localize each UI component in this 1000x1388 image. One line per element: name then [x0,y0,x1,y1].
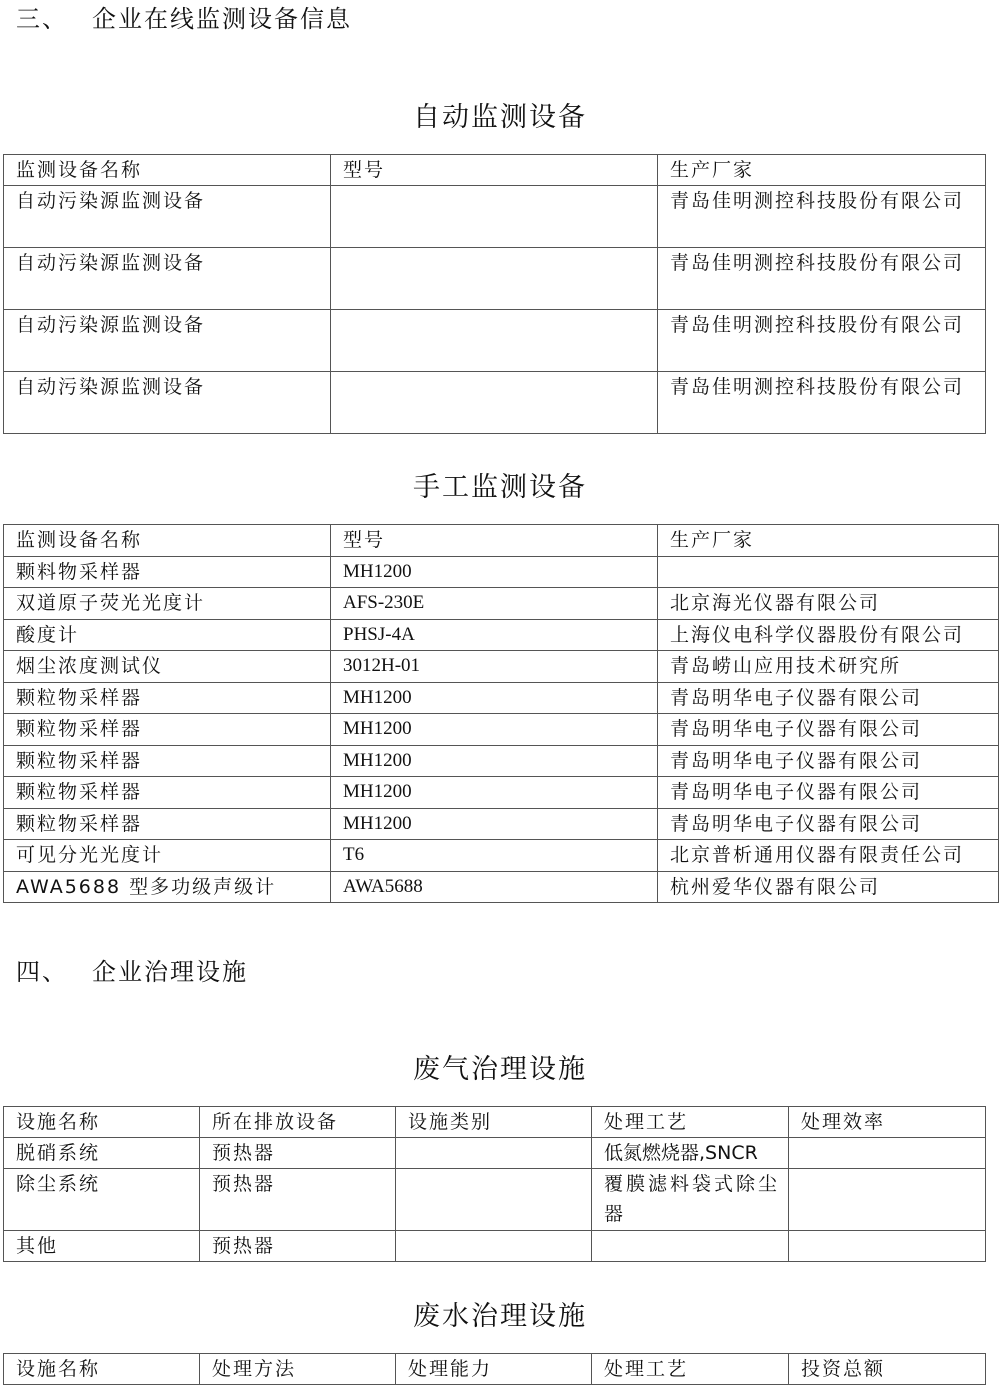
table-row: 颗粒物采样器 MH1200 青岛明华电子仪器有限公司 [4,682,999,714]
header-cell: 设施名称 [4,1107,200,1138]
manual-monitoring-table: 监测设备名称 型号 生产厂家 颗料物采样器 MH1200 双道原子荧光光度计 A… [3,524,999,903]
table-row: 酸度计 PHSJ-4A 上海仪电科学仪器股份有限公司 [4,619,999,651]
efficiency-cell [789,1169,986,1231]
header-cell: 型号 [331,155,658,186]
header-cell: 处理能力 [396,1354,592,1385]
table-row: 自动污染源监测设备 青岛佳明测控科技股份有限公司 [4,310,986,372]
device-name-cell: 颗料物采样器 [4,556,331,588]
manufacturer-cell: 青岛明华电子仪器有限公司 [658,777,999,809]
section-4-number: 四、 [16,957,92,987]
device-name-cell: 酸度计 [4,619,331,651]
table-row: 脱硝系统 预热器 低氮燃烧器,SNCR [4,1138,986,1169]
header-cell: 所在排放设备 [200,1107,396,1138]
section-4-heading: 四、企业治理设施 [16,957,248,987]
device-name-cell: 颗粒物采样器 [4,714,331,746]
manufacturer-cell: 北京普析通用仪器有限责任公司 [658,840,999,872]
table-row: 自动污染源监测设备 青岛佳明测控科技股份有限公司 [4,248,986,310]
header-cell: 处理工艺 [592,1107,789,1138]
model-cell: MH1200 [331,682,658,714]
model-cell: AFS-230E [331,588,658,620]
section-4-title: 企业治理设施 [92,958,248,986]
table-header-row: 监测设备名称 型号 生产厂家 [4,155,986,186]
manufacturer-cell: 青岛崂山应用技术研究所 [658,651,999,683]
model-cell: 3012H-01 [331,651,658,683]
model-cell: PHSJ-4A [331,619,658,651]
model-cell [331,186,658,248]
process-cell [592,1231,789,1262]
table-row: 烟尘浓度测试仪 3012H-01 青岛崂山应用技术研究所 [4,651,999,683]
model-cell [331,372,658,434]
table-row: 自动污染源监测设备 青岛佳明测控科技股份有限公司 [4,186,986,248]
header-cell: 型号 [331,525,658,557]
model-cell: AWA5688 [331,871,658,903]
manufacturer-cell: 青岛佳明测控科技股份有限公司 [658,186,986,248]
emission-equipment-cell: 预热器 [200,1231,396,1262]
facility-name-cell: 脱硝系统 [4,1138,200,1169]
manufacturer-cell: 青岛佳明测控科技股份有限公司 [658,310,986,372]
exhaust-gas-table: 设施名称 所在排放设备 设施类别 处理工艺 处理效率 脱硝系统 预热器 低氮燃烧… [3,1106,986,1262]
table-row: 颗粒物采样器 MH1200 青岛明华电子仪器有限公司 [4,714,999,746]
model-cell: MH1200 [331,745,658,777]
wastewater-title: 废水治理设施 [0,1300,1000,1334]
emission-equipment-cell: 预热器 [200,1169,396,1231]
manufacturer-cell: 青岛明华电子仪器有限公司 [658,808,999,840]
device-name-cell: 双道原子荧光光度计 [4,588,331,620]
device-name-cell: 自动污染源监测设备 [4,310,331,372]
model-cell: MH1200 [331,556,658,588]
table-row: 可见分光光度计 T6 北京普析通用仪器有限责任公司 [4,840,999,872]
table-row: 颗粒物采样器 MH1200 青岛明华电子仪器有限公司 [4,745,999,777]
header-cell: 监测设备名称 [4,525,331,557]
section-3-heading: 三、企业在线监测设备信息 [16,4,352,34]
manufacturer-cell: 青岛明华电子仪器有限公司 [658,745,999,777]
table-row: 其他 预热器 [4,1231,986,1262]
model-cell: MH1200 [331,777,658,809]
header-cell: 处理效率 [789,1107,986,1138]
device-name-cell: 自动污染源监测设备 [4,186,331,248]
manufacturer-cell: 上海仪电科学仪器股份有限公司 [658,619,999,651]
facility-category-cell [396,1169,592,1231]
manufacturer-cell: 青岛佳明测控科技股份有限公司 [658,372,986,434]
table-row: 除尘系统 预热器 覆膜滤料袋式除尘器 [4,1169,986,1231]
facility-category-cell [396,1231,592,1262]
manufacturer-cell: 杭州爱华仪器有限公司 [658,871,999,903]
device-name-cell: 自动污染源监测设备 [4,372,331,434]
table-header-row: 设施名称 处理方法 处理能力 处理工艺 投资总额 [4,1354,986,1385]
header-cell: 设施名称 [4,1354,200,1385]
table-row: 自动污染源监测设备 青岛佳明测控科技股份有限公司 [4,372,986,434]
manufacturer-cell: 青岛明华电子仪器有限公司 [658,714,999,746]
model-cell: MH1200 [331,808,658,840]
manufacturer-cell [658,556,999,588]
manufacturer-cell: 青岛明华电子仪器有限公司 [658,682,999,714]
section-3-title: 企业在线监测设备信息 [92,5,352,33]
facility-category-cell [396,1138,592,1169]
table-row: 颗料物采样器 MH1200 [4,556,999,588]
device-name-cell: 颗粒物采样器 [4,682,331,714]
auto-monitoring-table: 监测设备名称 型号 生产厂家 自动污染源监测设备 青岛佳明测控科技股份有限公司 … [3,154,986,434]
manufacturer-cell: 北京海光仪器有限公司 [658,588,999,620]
facility-name-cell: 其他 [4,1231,200,1262]
wastewater-table: 设施名称 处理方法 处理能力 处理工艺 投资总额 [3,1353,986,1385]
device-name-cell: 可见分光光度计 [4,840,331,872]
table-row: 颗粒物采样器 MH1200 青岛明华电子仪器有限公司 [4,808,999,840]
device-name-cell: 颗粒物采样器 [4,808,331,840]
model-cell [331,310,658,372]
process-cell: 低氮燃烧器,SNCR [592,1138,789,1169]
header-cell: 监测设备名称 [4,155,331,186]
table-header-row: 设施名称 所在排放设备 设施类别 处理工艺 处理效率 [4,1107,986,1138]
section-3-number: 三、 [16,4,92,34]
device-name-cell: 烟尘浓度测试仪 [4,651,331,683]
exhaust-gas-title: 废气治理设施 [0,1053,1000,1087]
model-cell [331,248,658,310]
efficiency-cell [789,1231,986,1262]
device-name-cell: 颗粒物采样器 [4,745,331,777]
header-cell: 设施类别 [396,1107,592,1138]
table-row: 双道原子荧光光度计 AFS-230E 北京海光仪器有限公司 [4,588,999,620]
manufacturer-cell: 青岛佳明测控科技股份有限公司 [658,248,986,310]
efficiency-cell [789,1138,986,1169]
header-cell: 处理方法 [200,1354,396,1385]
table-header-row: 监测设备名称 型号 生产厂家 [4,525,999,557]
header-cell: 生产厂家 [658,525,999,557]
device-name-cell: 颗粒物采样器 [4,777,331,809]
header-cell: 生产厂家 [658,155,986,186]
header-cell: 处理工艺 [592,1354,789,1385]
emission-equipment-cell: 预热器 [200,1138,396,1169]
auto-monitoring-title: 自动监测设备 [0,101,1000,135]
model-cell: MH1200 [331,714,658,746]
table-row: 颗粒物采样器 MH1200 青岛明华电子仪器有限公司 [4,777,999,809]
header-cell: 投资总额 [789,1354,986,1385]
device-name-cell: AWA5688 型多功级声级计 [4,871,331,903]
facility-name-cell: 除尘系统 [4,1169,200,1231]
manual-monitoring-title: 手工监测设备 [0,471,1000,505]
device-name-cell: 自动污染源监测设备 [4,248,331,310]
model-cell: T6 [331,840,658,872]
process-cell: 覆膜滤料袋式除尘器 [592,1169,789,1231]
table-row: AWA5688 型多功级声级计 AWA5688 杭州爱华仪器有限公司 [4,871,999,903]
